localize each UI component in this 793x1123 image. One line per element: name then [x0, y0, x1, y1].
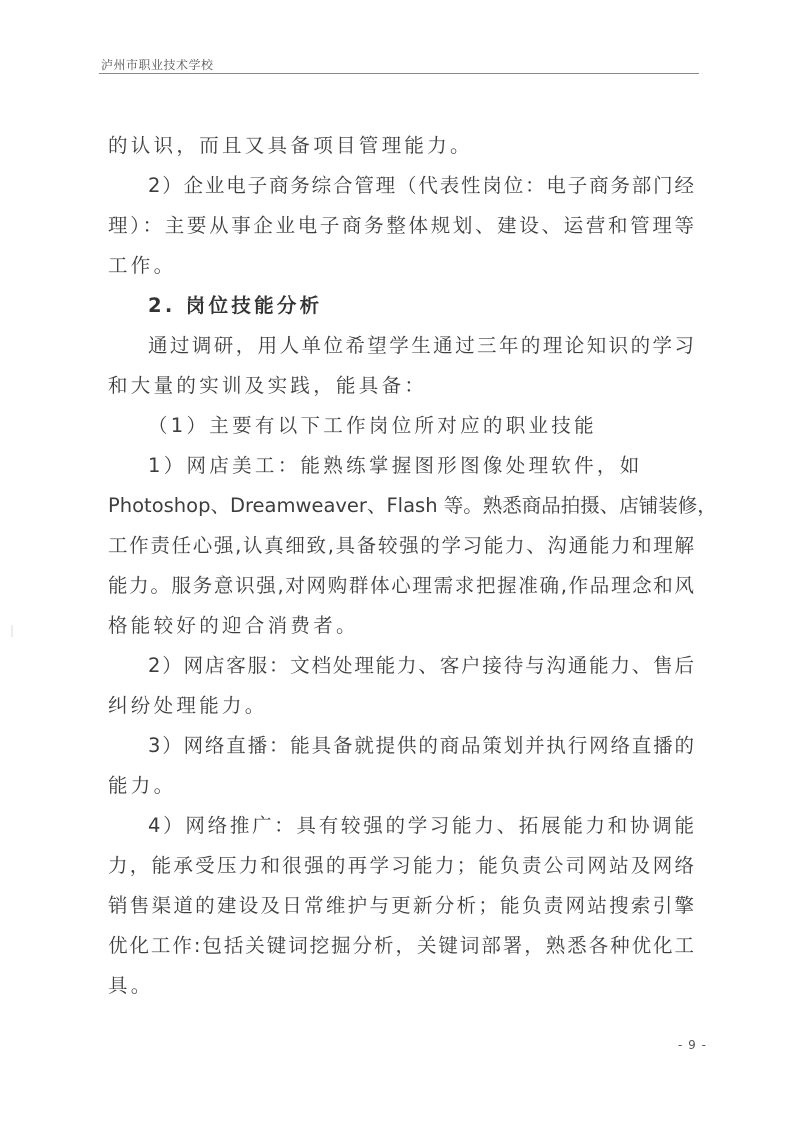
text-line: Photoshop、Dreamweaver、Flash 等。熟悉商品拍摄、店铺装… [108, 486, 694, 526]
section-heading: 2. 岗位技能分析 [108, 286, 694, 326]
text-line: 和大量的实训及实践，能具备： [108, 366, 694, 406]
text-line: 的认识，而且又具备项目管理能力。 [108, 126, 694, 166]
text-line: 2）企业电子商务综合管理（代表性岗位：电子商务部门经 [108, 166, 694, 206]
text-line: 优化工作:包括关键词挖掘分析，关键词部署，熟悉各种优化工 [108, 926, 694, 966]
text-line: 具。 [108, 966, 694, 1006]
text-line: 销售渠道的建设及日常维护与更新分析；能负责网站搜索引擎 [108, 886, 694, 926]
text-line: 工作责任心强,认真细致,具备较强的学习能力、沟通能力和理解 [108, 526, 694, 566]
text-line: 力，能承受压力和很强的再学习能力；能负责公司网站及网络 [108, 846, 694, 886]
text-line: 能力。服务意识强,对网购群体心理需求把握准确,作品理念和风 [108, 566, 694, 606]
text-line: （1）主要有以下工作岗位所对应的职业技能 [108, 406, 694, 446]
scan-artifact [11, 625, 13, 637]
document-body: 的认识，而且又具备项目管理能力。 2）企业电子商务综合管理（代表性岗位：电子商务… [108, 126, 694, 1006]
text-line: 理）：主要从事企业电子商务整体规划、建设、运营和管理等 [108, 206, 694, 246]
page-number: - 9 - [678, 1038, 707, 1052]
text-line: 3）网络直播：能具备就提供的商品策划并执行网络直播的 [108, 726, 694, 766]
text-line: 4）网络推广：具有较强的学习能力、拓展能力和协调能 [108, 806, 694, 846]
institution-name: 泸州市职业技术学校 [101, 58, 214, 72]
text-line: 能力。 [108, 766, 694, 806]
header-divider [99, 73, 699, 74]
text-line: 工作。 [108, 246, 694, 286]
page-header: 泸州市职业技术学校 [99, 58, 699, 74]
text-line: 格能较好的迎合消费者。 [108, 606, 694, 646]
text-line: 2）网店客服：文档处理能力、客户接待与沟通能力、售后 [108, 646, 694, 686]
text-line: 通过调研，用人单位希望学生通过三年的理论知识的学习 [108, 326, 694, 366]
text-line: 纠纷处理能力。 [108, 686, 694, 726]
text-line: 1）网店美工：能熟练掌握图形图像处理软件，如 [108, 446, 694, 486]
